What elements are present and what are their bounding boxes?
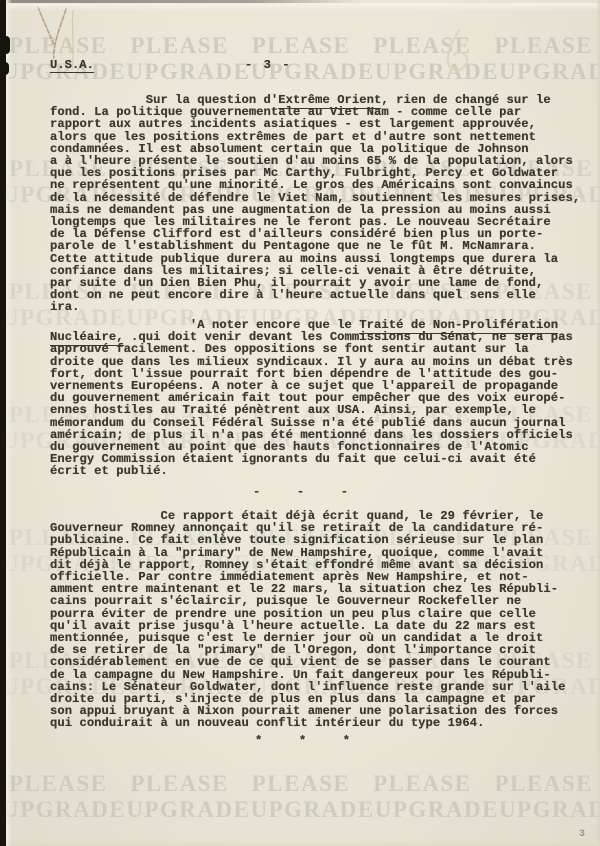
section-label: U.S.A. (50, 59, 94, 73)
dash-separator: - - - (253, 486, 348, 498)
scan-right-edge (596, 0, 600, 846)
paragraph-1: Sur la question d'Extrême Orient, rien d… (50, 94, 580, 314)
scan-edge-notch (0, 36, 10, 54)
scan-edge-notch (0, 62, 9, 75)
asterisk-separator: * * * (255, 735, 350, 747)
scanned-document-page: PLEASEPLEASEPLEASEPLEASEPLEASEUPGRADEUPG… (0, 0, 600, 846)
typewritten-content: U.S.A. - 3 - - - - * * * Sur la question… (0, 0, 600, 846)
paper-left-highlight (6, 0, 12, 846)
paragraph-3: Ce rapport était déjà écrit quand, le 29… (50, 510, 565, 730)
page-number: - 3 - (245, 59, 292, 71)
paper-top-highlight (0, 3, 600, 11)
scan-left-edge (0, 0, 6, 846)
scan-bottom-edge (0, 841, 600, 846)
paragraph-2: 'A noter encore que le Traité de Non-Pro… (50, 319, 573, 478)
